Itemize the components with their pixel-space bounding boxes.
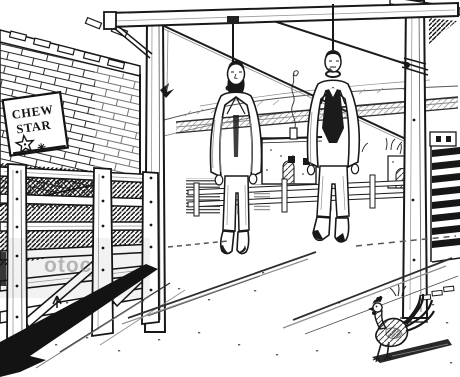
- edge-mark: [0, 252, 6, 286]
- hand: [249, 174, 257, 184]
- hanging-scene-illustration: CHEW STAR: [0, 0, 460, 377]
- fence-shadow-block: [186, 178, 220, 214]
- watermark-text: otoc: [44, 254, 92, 277]
- rooster-head: [373, 303, 382, 312]
- rope-pulley-block: [227, 16, 239, 24]
- fence-top-block: [430, 132, 456, 146]
- hand: [307, 165, 314, 175]
- shed-chimney: [290, 128, 297, 139]
- rooster-wattle: [372, 311, 376, 315]
- store-sign: CHEW STAR: [3, 92, 68, 156]
- illustration-canvas: CHEW STAR: [0, 0, 460, 377]
- beam-end-block: [104, 12, 116, 29]
- gallows-right-post: [403, 0, 427, 318]
- hand: [215, 175, 223, 185]
- hand: [351, 164, 358, 174]
